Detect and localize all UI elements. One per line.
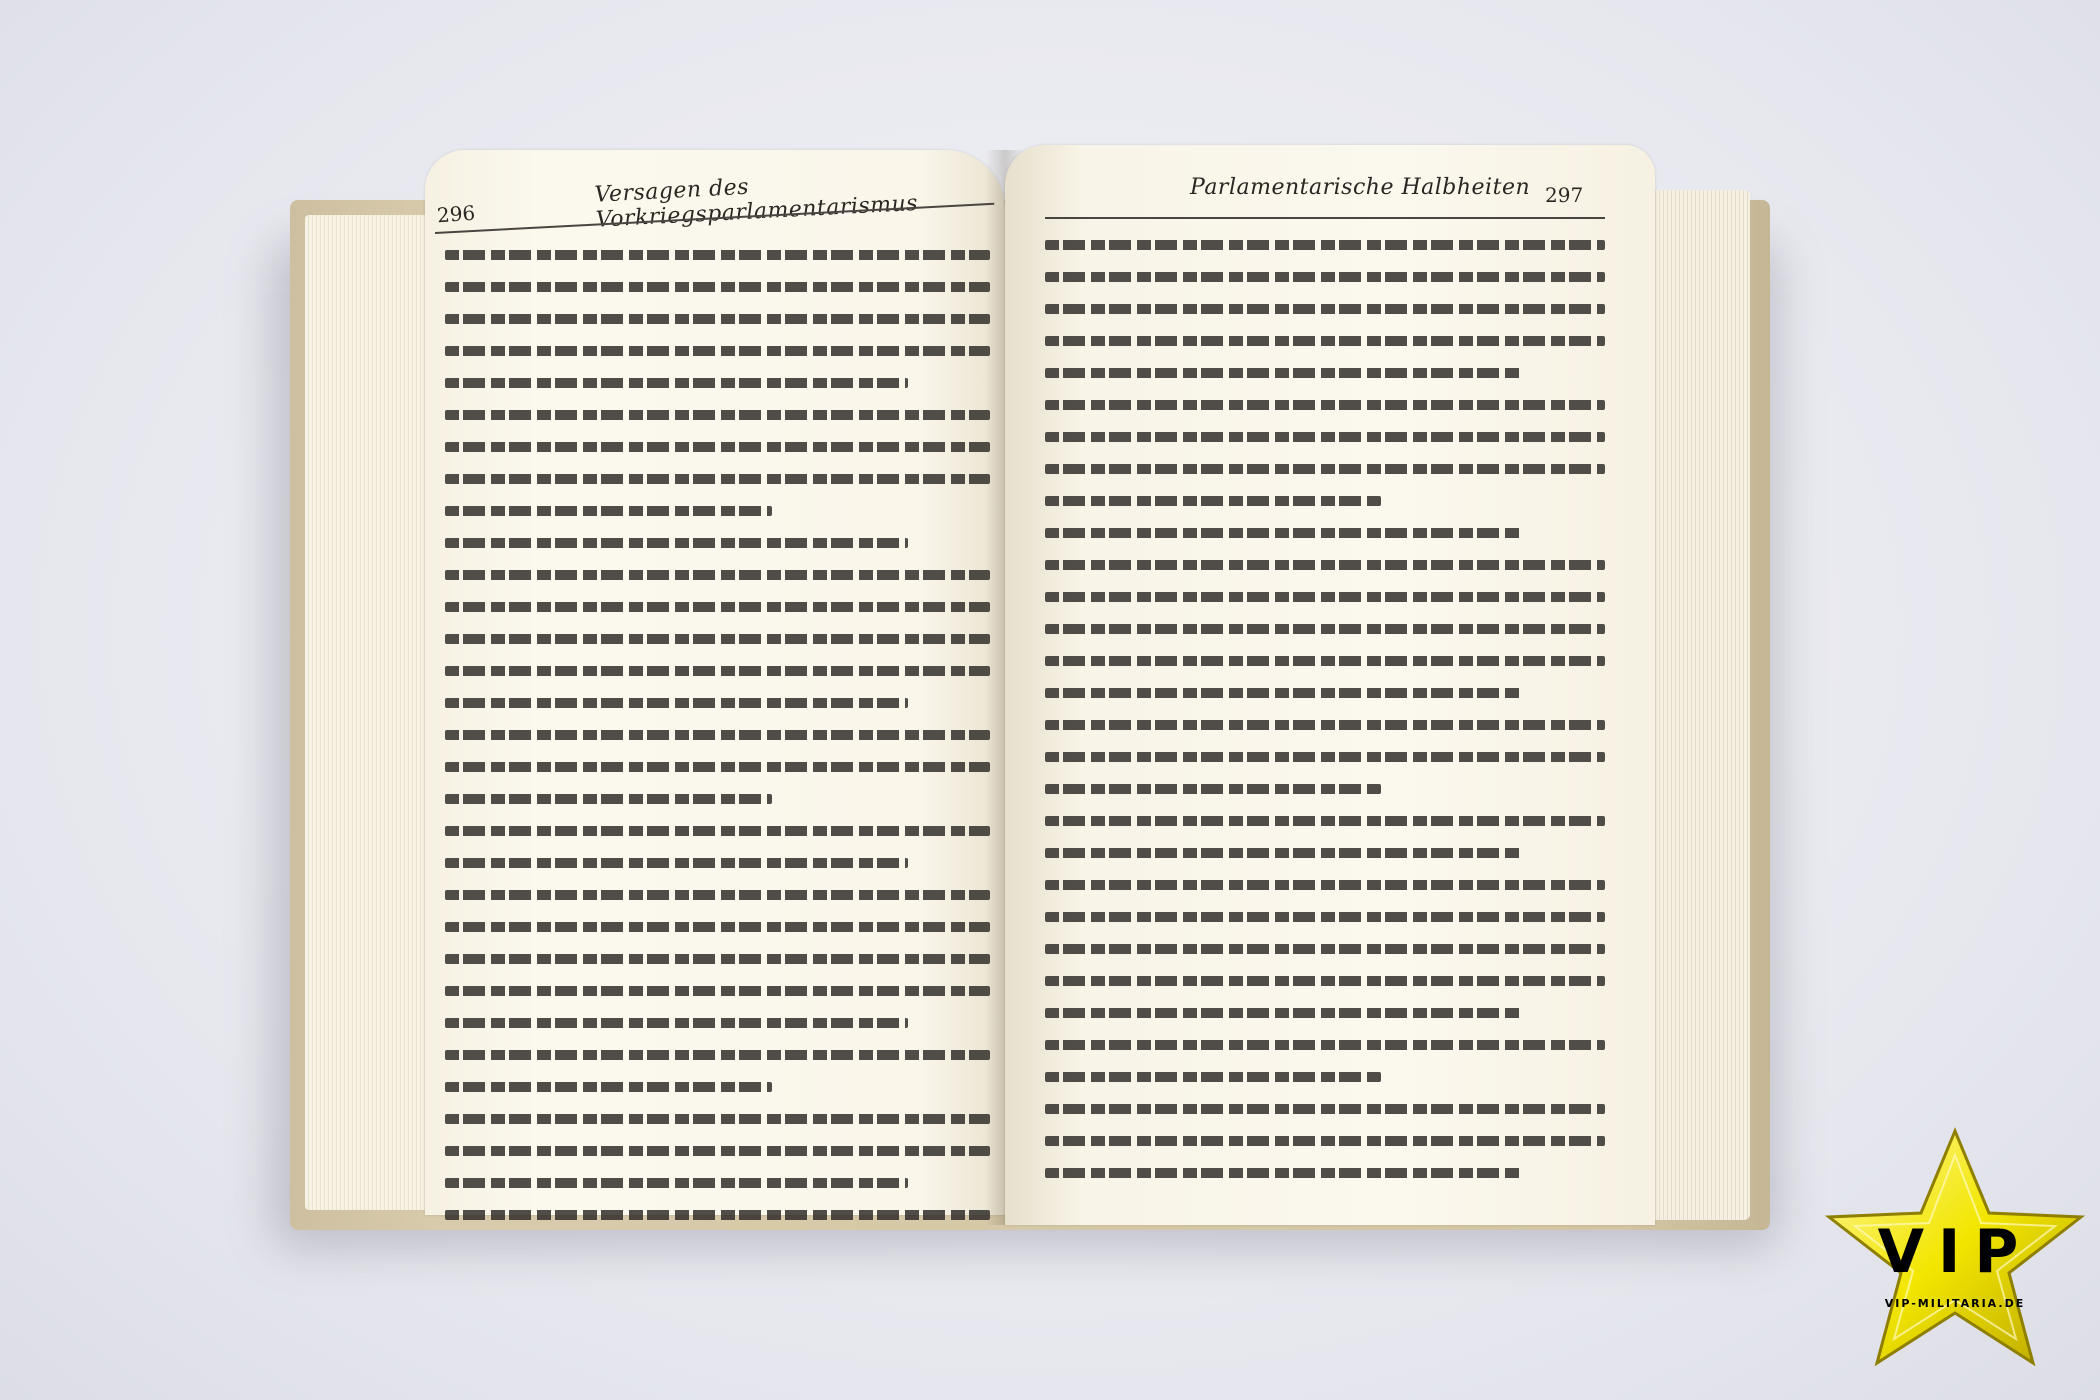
text-line-placeholder (445, 1178, 908, 1188)
right-page-edges (1640, 190, 1750, 1220)
left-page-edges (305, 215, 445, 1210)
text-line-placeholder (1045, 720, 1605, 730)
text-line-placeholder (1045, 432, 1605, 442)
watermark-text: VIP (1815, 1217, 2095, 1287)
text-line-placeholder (445, 250, 990, 260)
text-line-placeholder (445, 762, 990, 772)
text-line-placeholder (1045, 464, 1605, 474)
text-line-placeholder (1045, 1040, 1605, 1050)
left-body-text (445, 250, 990, 1242)
text-line-placeholder (445, 634, 990, 644)
text-line-placeholder (445, 314, 990, 324)
text-line-placeholder (445, 858, 908, 868)
text-line-placeholder (1045, 1008, 1521, 1018)
left-page-number: 296 (436, 201, 476, 228)
right-header-rule (1045, 217, 1605, 219)
text-line-placeholder (1045, 1168, 1521, 1178)
text-line-placeholder (1045, 784, 1381, 794)
text-line-placeholder (1045, 880, 1605, 890)
text-line-placeholder (1045, 304, 1605, 314)
photo-scene: Versagen des Vorkriegsparlamentarismus 2… (0, 0, 2100, 1400)
text-line-placeholder (1045, 1104, 1605, 1114)
text-line-placeholder (445, 282, 990, 292)
text-line-placeholder (1045, 656, 1605, 666)
watermark-subtext: VIP-MILITARIA.DE (1815, 1297, 2095, 1310)
right-body-text (1045, 240, 1605, 1200)
text-line-placeholder (445, 890, 990, 900)
text-line-placeholder (1045, 336, 1605, 346)
text-line-placeholder (445, 346, 990, 356)
text-line-placeholder (445, 474, 990, 484)
text-line-placeholder (445, 1082, 772, 1092)
text-line-placeholder (1045, 624, 1605, 634)
text-line-placeholder (445, 570, 990, 580)
right-running-head: Parlamentarische Halbheiten (1190, 175, 1530, 200)
text-line-placeholder (1045, 752, 1605, 762)
text-line-placeholder (445, 378, 908, 388)
text-line-placeholder (1045, 240, 1605, 250)
text-line-placeholder (445, 410, 990, 420)
text-line-placeholder (445, 538, 908, 548)
text-line-placeholder (445, 1018, 908, 1028)
text-line-placeholder (445, 698, 908, 708)
text-line-placeholder (445, 826, 990, 836)
text-line-placeholder (1045, 976, 1605, 986)
right-page-number: 297 (1545, 183, 1583, 207)
text-line-placeholder (1045, 560, 1605, 570)
text-line-placeholder (1045, 272, 1605, 282)
text-line-placeholder (1045, 1072, 1381, 1082)
text-line-placeholder (445, 922, 990, 932)
text-line-placeholder (445, 1210, 990, 1220)
text-line-placeholder (1045, 816, 1605, 826)
text-line-placeholder (445, 986, 990, 996)
right-page: Parlamentarische Halbheiten 297 (1005, 145, 1655, 1225)
text-line-placeholder (1045, 496, 1381, 506)
text-line-placeholder (1045, 1136, 1605, 1146)
text-line-placeholder (1045, 944, 1605, 954)
text-line-placeholder (445, 1050, 990, 1060)
text-line-placeholder (1045, 912, 1605, 922)
text-line-placeholder (445, 1146, 990, 1156)
text-line-placeholder (445, 794, 772, 804)
text-line-placeholder (1045, 688, 1521, 698)
text-line-placeholder (1045, 592, 1605, 602)
text-line-placeholder (445, 442, 990, 452)
vip-militaria-watermark: VIP VIP-MILITARIA.DE (1815, 1125, 2095, 1375)
text-line-placeholder (445, 666, 990, 676)
text-line-placeholder (445, 954, 990, 964)
text-line-placeholder (1045, 368, 1521, 378)
text-line-placeholder (445, 730, 990, 740)
text-line-placeholder (445, 602, 990, 612)
left-page: Versagen des Vorkriegsparlamentarismus 2… (425, 150, 1005, 1215)
text-line-placeholder (1045, 528, 1521, 538)
text-line-placeholder (445, 1114, 990, 1124)
text-line-placeholder (1045, 848, 1521, 858)
text-line-placeholder (445, 506, 772, 516)
text-line-placeholder (1045, 400, 1605, 410)
